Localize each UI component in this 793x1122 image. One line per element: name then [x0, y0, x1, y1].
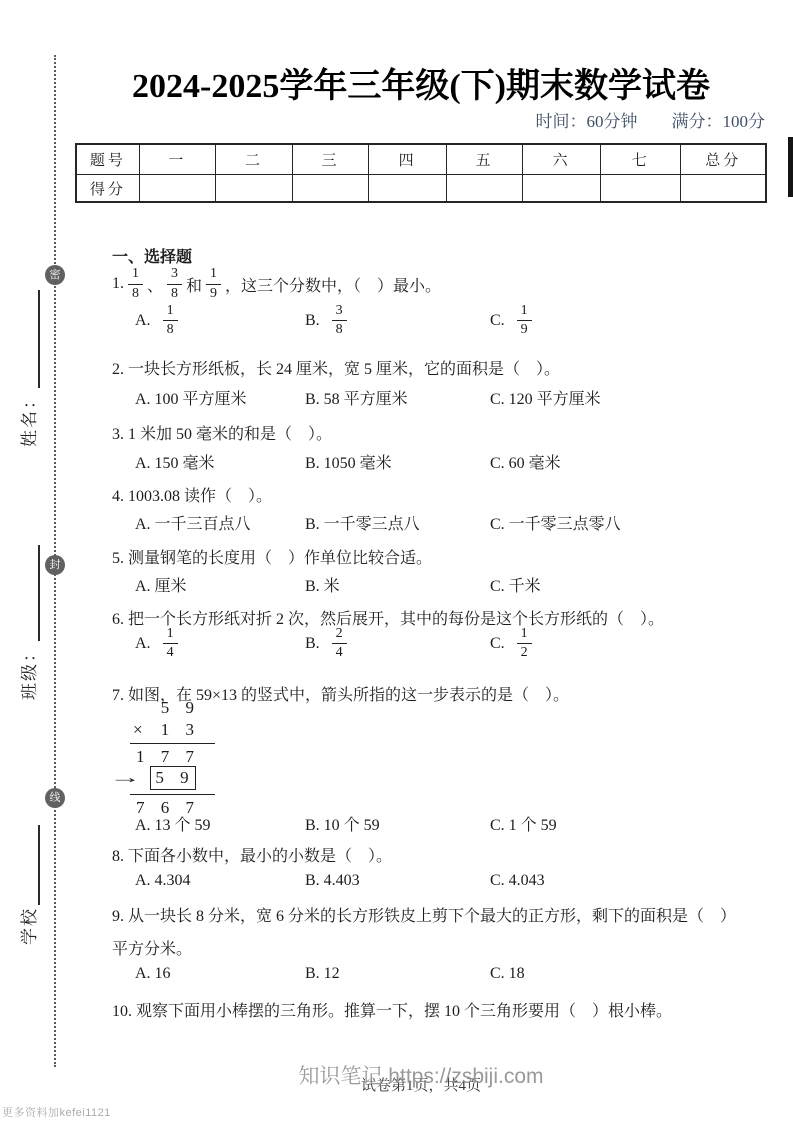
- option-a: A. 一千三百点八: [135, 511, 251, 534]
- question-5: 5. 测量钢笔的长度用（ ）作单位比较合适。: [112, 545, 432, 568]
- score-header-cell: 四: [369, 144, 447, 175]
- school-field: 学校: [16, 807, 40, 945]
- seal-char-xian: 线: [45, 788, 65, 808]
- school-blank-line: [24, 825, 40, 905]
- full-score: 满分：100分: [672, 112, 766, 131]
- option-c: C. 60 毫米: [490, 450, 561, 473]
- question-1-options: A.18 B.38 C.19: [75, 303, 767, 351]
- class-blank-line: [24, 545, 40, 641]
- question-1: 1. 18 、 38 和 19 ，这三个分数中，（ ）最小。: [112, 262, 441, 306]
- question-1-text: ，这三个分数中，（ ）最小。: [225, 273, 441, 296]
- vm-rule-line: [130, 743, 215, 744]
- score-header-cell: 题号: [76, 144, 139, 175]
- question-8: 8. 下面各小数中，最小的小数是（ ）。: [112, 843, 392, 866]
- fraction: 24: [332, 626, 347, 661]
- option-c: C. 18: [490, 965, 525, 983]
- score-cell: [139, 175, 216, 203]
- score-cell: [681, 175, 766, 203]
- score-header-cell: 一: [139, 144, 216, 175]
- option-a: A. 厘米: [135, 573, 187, 596]
- option-b: B. 1050 毫米: [305, 450, 392, 473]
- fraction: 19: [206, 266, 221, 301]
- option-a: A. 150 毫米: [135, 450, 215, 473]
- seal-char-mi: 密: [45, 265, 65, 285]
- vm-rule-line: [130, 794, 215, 795]
- score-header-cell: 三: [292, 144, 369, 175]
- option-a: A. 4.304: [135, 872, 191, 890]
- site-watermark: 知识笔记 https://zsbiji.com: [75, 1060, 767, 1090]
- fraction: 14: [163, 626, 178, 661]
- question-8-options: A. 4.304 B. 4.403 C. 4.043: [75, 872, 767, 902]
- option-c: C. 4.043: [490, 872, 545, 890]
- question-1-number: 1.: [112, 275, 124, 293]
- score-header-cell: 七: [600, 144, 681, 175]
- option-c: C.12: [490, 626, 536, 661]
- option-b: B. 58 平方厘米: [305, 386, 408, 409]
- question-2-options: A. 100 平方厘米 B. 58 平方厘米 C. 120 平方厘米: [75, 386, 767, 416]
- name-field: 姓名：: [16, 239, 40, 447]
- option-b: B. 米: [305, 573, 340, 596]
- score-cell: [446, 175, 523, 203]
- name-blank-line: [24, 290, 40, 388]
- vm-boxed-partial-product: 5 9: [150, 766, 196, 790]
- option-a: A. 16: [135, 965, 171, 983]
- option-c: C. 一千零三点零八: [490, 511, 621, 534]
- score-header-cell: 五: [446, 144, 523, 175]
- question-5-options: A. 厘米 B. 米 C. 千米: [75, 573, 767, 603]
- exam-page: 密 封 线 姓名： 班级： 学校 更多资料加kefei1121 2024-202…: [0, 0, 793, 1122]
- score-cell: [523, 175, 601, 203]
- fraction: 18: [163, 303, 178, 338]
- exam-content: 2024-2025学年三年级(下)期末数学试卷 时间：60分钟满分：100分 题…: [75, 0, 767, 1122]
- score-row-label: 得分: [76, 175, 139, 203]
- question-9-options: A. 16 B. 12 C. 18: [75, 965, 767, 995]
- option-b: B. 4.403: [305, 872, 360, 890]
- conjunction: 和: [186, 273, 202, 296]
- score-header-cell: 六: [523, 144, 601, 175]
- question-4: 4. 1003.08 读作（ ）。: [112, 483, 272, 506]
- class-field: 班级：: [16, 543, 40, 700]
- exam-meta: 时间：60分钟满分：100分: [536, 107, 766, 132]
- question-4-options: A. 一千三百点八 B. 一千零三点八 C. 一千零三点零八: [75, 511, 767, 541]
- question-9-line2: 平方分米。: [112, 936, 192, 959]
- question-2: 2. 一块长方形纸板，长 24 厘米，宽 5 厘米，它的面积是（ ）。: [112, 356, 560, 379]
- vm-multiplicand: 5 9: [105, 698, 200, 718]
- option-a: A.18: [135, 303, 182, 338]
- option-a: A. 100 平方厘米: [135, 386, 247, 409]
- option-c: C. 120 平方厘米: [490, 386, 601, 409]
- score-table-header-row: 题号 一 二 三 四 五 六 七 总分: [76, 144, 766, 175]
- score-cell: [369, 175, 447, 203]
- question-3: 3. 1 米加 50 毫米的和是（ ）。: [112, 421, 332, 444]
- question-7-options: A. 13 个 59 B. 10 个 59 C. 1 个 59: [75, 812, 767, 842]
- vertical-multiplication: 5 9 × 1 3 1 7 7 → 5 9 7 6 7: [105, 698, 235, 823]
- option-b: B. 一千零三点八: [305, 511, 420, 534]
- option-b: B. 10 个 59: [305, 812, 380, 835]
- vm-partial-product-1: 1 7 7: [105, 747, 200, 767]
- fraction: 12: [517, 626, 532, 661]
- option-b: B.24: [305, 626, 351, 661]
- separator: 、: [147, 273, 163, 296]
- option-b: B.38: [305, 303, 351, 338]
- score-table: 题号 一 二 三 四 五 六 七 总分 得分: [75, 143, 767, 203]
- question-6-options: A.14 B.24 C.12: [75, 626, 767, 674]
- option-a: A.14: [135, 626, 182, 661]
- score-header-cell: 二: [216, 144, 293, 175]
- question-3-options: A. 150 毫米 B. 1050 毫米 C. 60 毫米: [75, 450, 767, 480]
- score-cell: [292, 175, 369, 203]
- score-cell: [216, 175, 293, 203]
- fraction: 38: [332, 303, 347, 338]
- option-c: C. 千米: [490, 573, 541, 596]
- score-header-cell: 总分: [681, 144, 766, 175]
- option-c: C.19: [490, 303, 536, 338]
- arrow-icon: →: [109, 768, 141, 788]
- name-label: 姓名：: [15, 390, 40, 447]
- seal-char-feng: 封: [45, 555, 65, 575]
- fraction: 38: [167, 266, 182, 301]
- option-a: A. 13 个 59: [135, 812, 211, 835]
- time-limit: 时间：60分钟: [536, 112, 638, 131]
- fraction: 19: [517, 303, 532, 338]
- score-table-score-row: 得分: [76, 175, 766, 203]
- exam-title: 2024-2025学年三年级(下)期末数学试卷: [75, 58, 767, 107]
- score-cell: [600, 175, 681, 203]
- school-label: 学校: [15, 907, 40, 945]
- option-c: C. 1 个 59: [490, 812, 557, 835]
- option-b: B. 12: [305, 965, 340, 983]
- question-9-line1: 9. 从一块长 8 分米，宽 6 分米的长方形铁皮上剪下个最大的正方形，剩下的面…: [112, 903, 736, 926]
- question-10: 10. 观察下面用小棒摆的三角形。推算一下，摆 10 个三角形要用（ ）根小棒。: [112, 998, 672, 1021]
- fraction: 18: [128, 266, 143, 301]
- class-label: 班级：: [15, 643, 40, 700]
- page-edge-mark: [788, 137, 793, 197]
- vm-multiplier: 1 3: [105, 720, 200, 740]
